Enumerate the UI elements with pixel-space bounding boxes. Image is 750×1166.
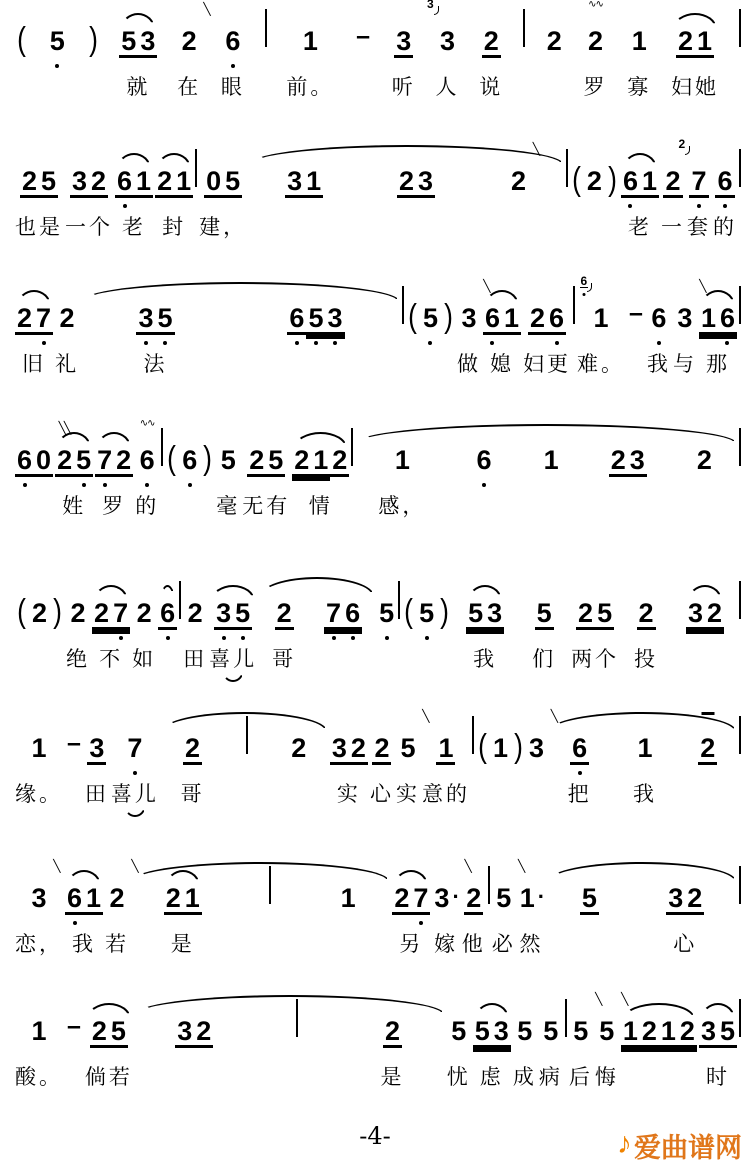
- note-figure: 32: [666, 868, 704, 928]
- note-figure: 3╲: [29, 868, 48, 928]
- note-figure: 1·: [518, 868, 545, 928]
- note-figure: 2: [30, 583, 49, 643]
- note-token: 27另: [392, 868, 430, 960]
- note-token: 25无有: [242, 430, 290, 522]
- note-figure: 72: [689, 151, 708, 211]
- note-figure: 2╲: [509, 151, 528, 211]
- falling-tone-mark: ╲: [533, 142, 538, 156]
- lyric: 建，: [199, 215, 247, 243]
- barline: [296, 1001, 298, 1093]
- note-token: 35时: [699, 1001, 737, 1093]
- lyric: 我: [633, 782, 657, 810]
- note-token: 53我: [466, 583, 504, 675]
- note-figure: 53: [473, 1001, 511, 1061]
- barline: [161, 430, 163, 522]
- lyric: 意的: [422, 782, 470, 810]
- note-figure: 32: [686, 583, 724, 643]
- note-figure: 1: [301, 11, 320, 71]
- lyric: 绝: [66, 647, 90, 675]
- site-logo[interactable]: ♪ 爱曲谱网: [617, 1126, 742, 1165]
- note-token: 5╲实: [396, 718, 420, 810]
- note-figure: 1: [635, 718, 654, 778]
- parenthesis: (: [15, 11, 28, 103]
- note-figure: 5: [541, 1001, 560, 1061]
- barline: [195, 151, 197, 243]
- note-token: 6∿∿的: [135, 430, 159, 522]
- note-token: 3╲做: [457, 288, 481, 380]
- beam-group: 322是: [134, 1001, 446, 1093]
- note-token: 26妇更: [523, 288, 571, 380]
- note-token: 27旧: [15, 288, 53, 380]
- note-token: 5╲悔: [595, 1001, 619, 1093]
- note-figure: 5╲: [398, 718, 417, 778]
- note-token: 25姓: [55, 430, 93, 522]
- note-token: 2投: [634, 583, 658, 675]
- note-token: 1意的: [422, 718, 470, 810]
- note-figure: (: [406, 288, 419, 348]
- note-figure: 2: [464, 868, 483, 928]
- note-token: 2╲若: [105, 868, 129, 960]
- note-figure: 3╲: [459, 288, 478, 348]
- note-figure: 5: [515, 1001, 534, 1061]
- parenthesis: (: [165, 430, 178, 522]
- lyric: 不: [99, 647, 123, 675]
- note-token: 3听: [392, 11, 416, 103]
- note-figure: 6: [474, 430, 493, 490]
- note-figure: 5: [580, 868, 599, 928]
- lyric: 们: [532, 647, 556, 675]
- falling-tone-mark: ╲: [203, 2, 208, 16]
- notation-line-3: 27旧2礼35法653(5)3╲做61媳26妇更16难。–6我3╲与16那: [14, 288, 742, 380]
- logo-text: 爱曲谱网: [634, 1126, 742, 1165]
- note-figure: 76: [324, 583, 362, 643]
- barline: [398, 583, 400, 675]
- barline: [566, 151, 568, 243]
- note-figure: 61: [115, 151, 153, 211]
- note-token: 32: [686, 583, 724, 675]
- note-figure: 23: [397, 151, 435, 211]
- note-figure: 5: [449, 1001, 468, 1061]
- note-token: 1: [542, 430, 561, 522]
- lyric: 投: [634, 647, 658, 675]
- note-token: 2∿∿罗: [584, 11, 608, 103]
- note-figure: –: [65, 1001, 83, 1061]
- note-figure: 72: [95, 430, 133, 490]
- note-token: 5: [377, 583, 396, 675]
- note-figure: 25: [247, 430, 285, 490]
- parenthesis: ): [87, 11, 100, 103]
- note-token: 2: [30, 583, 49, 675]
- note-figure: [488, 868, 490, 928]
- grace-note: 2: [677, 138, 686, 150]
- note-figure: 6: [158, 583, 177, 643]
- note-figure: 5: [417, 583, 436, 643]
- parenthesis: ): [442, 288, 455, 380]
- note-token: 1·然: [518, 868, 545, 960]
- note-figure: [269, 868, 271, 928]
- note-figure: 32: [70, 151, 108, 211]
- note-figure: 31: [285, 151, 323, 211]
- note-figure: 6: [180, 430, 199, 490]
- beam-group: 6把1我2: [547, 718, 738, 810]
- mordent-ornament: ∿∿: [140, 418, 155, 429]
- note-figure: 6∿∿: [138, 430, 157, 490]
- lyric: 妇更: [523, 352, 571, 380]
- note-figure: [739, 430, 741, 490]
- note-token: 6眼: [221, 11, 245, 103]
- note-token: 5们: [532, 583, 556, 675]
- note-figure: 2╲: [108, 868, 127, 928]
- note-token: 2╲在: [177, 11, 201, 103]
- note-figure: [739, 151, 741, 211]
- note-figure: 2: [186, 583, 205, 643]
- lyric: 也是: [15, 215, 63, 243]
- lyric: 听: [392, 75, 416, 103]
- barline: [739, 583, 741, 675]
- note-token: 212情: [292, 430, 349, 522]
- parenthesis: (: [402, 583, 415, 675]
- lyric: 田: [85, 782, 109, 810]
- note-figure: 212: [292, 430, 349, 490]
- note-figure: 1: [29, 1001, 48, 1061]
- note-token: 23: [397, 151, 435, 243]
- note-token: 2: [695, 430, 714, 522]
- parenthesis: ): [201, 430, 214, 522]
- duration-dash: –: [65, 1001, 83, 1093]
- note-token: 5成: [513, 1001, 537, 1093]
- parenthesis: (: [476, 718, 489, 810]
- note-token: 35喜儿: [209, 583, 257, 682]
- lyric: 悔: [595, 1065, 619, 1093]
- note-figure: [739, 288, 741, 348]
- lyric: 心: [673, 932, 697, 960]
- lyric: 虑: [480, 1065, 504, 1093]
- note-token: 6的: [713, 151, 737, 243]
- beam-group: 2投32: [620, 583, 738, 675]
- lyric: 后: [569, 1065, 593, 1093]
- lyric: 两个: [571, 647, 619, 675]
- note-token: 05建，: [199, 151, 247, 243]
- lyric: 毫: [216, 494, 240, 522]
- note-token: 60╲╲: [15, 430, 53, 522]
- note-figure: 5╲: [494, 868, 513, 928]
- note-token: 5忧: [447, 1001, 471, 1093]
- note-token: 25倘若: [85, 1001, 133, 1093]
- note-figure: 6: [570, 718, 589, 778]
- note-token: 653: [287, 288, 344, 380]
- note-figure: ): [442, 288, 455, 348]
- note-figure: 5: [535, 583, 554, 643]
- note-figure: 16: [592, 288, 611, 348]
- note-figure: 2: [545, 11, 564, 71]
- note-figure: [402, 288, 404, 348]
- note-token: 61我: [65, 868, 103, 960]
- notation-line-6: 1缘。–3田7喜儿2哥232实2心5╲实1意的(1)3╲6把1我2: [14, 718, 742, 817]
- duration-dash: –: [65, 718, 83, 810]
- lyric: 在: [177, 75, 201, 103]
- lyric: 我: [647, 352, 671, 380]
- note-figure: 1: [393, 430, 412, 490]
- barline: [402, 288, 404, 380]
- note-token: 6: [158, 583, 177, 675]
- note-token: 1212: [621, 1001, 697, 1093]
- note-token: 5: [417, 583, 436, 675]
- note-figure: 25: [576, 583, 614, 643]
- note-token: 5毫: [216, 430, 240, 522]
- note-figure: ): [606, 151, 619, 211]
- note-figure: [246, 718, 248, 778]
- lyric: 他: [462, 932, 486, 960]
- sheet-music-page: (5)53就2╲在6眼1前。–3听33人2说22∿∿罗1寡21妇她25也是32一…: [0, 0, 750, 1166]
- note-figure: 3: [87, 718, 106, 778]
- note-token: 3╲与: [673, 288, 697, 380]
- note-figure: [739, 11, 741, 71]
- note-figure: 25: [20, 151, 58, 211]
- note-figure: 653: [287, 288, 344, 348]
- note-token: 33人: [436, 11, 460, 103]
- lyric: 就: [126, 75, 150, 103]
- lyric: 与: [673, 352, 697, 380]
- note-figure: ): [87, 11, 100, 71]
- note-figure: 5╲: [597, 1001, 616, 1061]
- beam-group: 1感，61232: [354, 430, 738, 522]
- note-figure: 33: [438, 11, 457, 71]
- note-token: 61老: [115, 151, 153, 243]
- note-figure: 61: [483, 288, 521, 348]
- lyric: 前。: [286, 75, 334, 103]
- note-token: 2: [289, 718, 308, 810]
- note-token: 61老: [621, 151, 659, 243]
- note-token: 32: [175, 1001, 213, 1093]
- lyric: 病: [539, 1065, 563, 1093]
- note-token: 2: [545, 11, 564, 103]
- note-token: 32心: [666, 868, 704, 960]
- note-figure: 35: [214, 583, 252, 643]
- duration-dash: –: [627, 288, 645, 380]
- note-figure: [523, 11, 525, 71]
- lyric: 罗: [102, 494, 126, 522]
- note-figure: (: [402, 583, 415, 643]
- lyric: 缘。: [15, 782, 63, 810]
- note-token: 1寡: [627, 11, 651, 103]
- note-figure: 2: [698, 718, 717, 778]
- note-token: 3·╲嫁: [432, 868, 459, 960]
- note-token: 1我: [633, 718, 657, 810]
- note-token: 1酸。: [15, 1001, 63, 1093]
- lyric: 礼: [55, 352, 79, 380]
- lyric: 实: [337, 782, 361, 810]
- lyric: 法: [144, 352, 168, 380]
- note-figure: 2: [69, 583, 88, 643]
- barline: [269, 868, 271, 960]
- note-figure: (: [570, 151, 583, 211]
- lyric: 另: [399, 932, 423, 960]
- mordent-ornament: ∿∿: [588, 0, 603, 10]
- note-figure: 25: [55, 430, 93, 490]
- lyric: 我: [72, 932, 96, 960]
- lyric: 妇她: [671, 75, 719, 103]
- note-figure: 16: [699, 288, 737, 348]
- note-token: 72罗: [95, 430, 133, 522]
- note-token: 53就: [119, 11, 157, 103]
- note-figure: [398, 583, 400, 643]
- lyric: 旧: [22, 352, 46, 380]
- lyric: 喜儿: [111, 782, 159, 817]
- note-token: 6: [180, 430, 199, 522]
- note-token: 25两个: [571, 583, 619, 675]
- note-token: 2一: [661, 151, 685, 243]
- beam-group: 2哥2: [160, 718, 329, 810]
- parenthesis: (: [570, 151, 583, 243]
- note-figure: 1: [491, 718, 510, 778]
- note-figure: 61: [621, 151, 659, 211]
- note-token: 21妇她: [671, 11, 719, 103]
- lyric: 感，: [378, 494, 426, 522]
- lyric: 心: [370, 782, 394, 810]
- barline: [739, 288, 741, 380]
- lyric: 实: [396, 782, 420, 810]
- note-figure: 21: [676, 11, 714, 71]
- note-figure: 23: [609, 430, 647, 490]
- parenthesis: ): [606, 151, 619, 243]
- barline: [179, 583, 181, 675]
- barline: [265, 11, 267, 103]
- note-token: 61媳: [483, 288, 521, 380]
- note-figure: –: [354, 11, 372, 71]
- note-token: 32实: [330, 718, 368, 810]
- note-figure: 2: [135, 583, 154, 643]
- note-figure: 1: [630, 11, 649, 71]
- note-token: 72套: [687, 151, 711, 243]
- lyric: 姓: [62, 494, 86, 522]
- note-figure: ): [512, 718, 525, 778]
- note-figure: [179, 583, 181, 643]
- beam-group: 21是1: [130, 868, 391, 960]
- lyric: 封: [162, 215, 186, 243]
- notation-line-5: (2)2绝27不2如62田35喜儿2哥765(5)53我5们25两个2投32: [14, 583, 742, 682]
- note-token: 76: [324, 583, 362, 675]
- note-token: 2绝: [66, 583, 90, 675]
- note-figure: [161, 430, 163, 490]
- note-figure: 5: [48, 11, 67, 71]
- note-token: 1感，: [378, 430, 426, 522]
- note-token: 35法: [136, 288, 174, 380]
- lyric: 一个: [65, 215, 113, 243]
- beam-group: 31232╲: [248, 151, 565, 243]
- lyric: 的: [713, 215, 737, 243]
- lyric: 哥: [272, 647, 296, 675]
- lyric: 如: [132, 647, 156, 675]
- note-token: 2礼: [55, 288, 79, 380]
- barline: [472, 718, 474, 810]
- note-figure: 1: [29, 718, 48, 778]
- note-figure: [739, 583, 741, 643]
- note-token: 1: [339, 868, 358, 960]
- lyric: 的: [135, 494, 159, 522]
- note-token: 5: [48, 11, 67, 103]
- notation-line-2: 25也是32一个61老21封05建，31232╲(2)61老2一72套6的: [14, 151, 742, 243]
- note-figure: 35: [699, 1001, 737, 1061]
- duration-dash: –: [354, 11, 372, 103]
- note-figure: 2: [275, 583, 294, 643]
- note-token: 2哥: [181, 718, 205, 810]
- barline: [739, 1001, 741, 1093]
- note-figure: 32: [175, 1001, 213, 1061]
- note-token: 3╲恋，: [15, 868, 63, 960]
- lyric: 喜儿: [209, 647, 257, 682]
- parenthesis: ): [438, 583, 451, 675]
- note-figure: 2: [637, 583, 656, 643]
- note-figure: 2: [585, 151, 604, 211]
- lyric: 嫁: [434, 932, 458, 960]
- lyric: 是: [380, 1065, 404, 1093]
- lyric: 若: [105, 932, 129, 960]
- note-figure: [739, 868, 741, 928]
- note-figure: ): [201, 430, 214, 490]
- notation-line-1: (5)53就2╲在6眼1前。–3听33人2说22∿∿罗1寡21妇她: [14, 11, 742, 103]
- note-figure: 2: [383, 1001, 402, 1061]
- note-figure: 5: [377, 583, 396, 643]
- barline: [246, 718, 248, 810]
- barline: [739, 718, 741, 810]
- barline: [565, 1001, 567, 1093]
- note-token: 32一个: [65, 151, 113, 243]
- parenthesis: (: [406, 288, 419, 380]
- note-token: 1前。: [286, 11, 334, 103]
- note-token: 5病: [539, 1001, 563, 1093]
- note-figure: ): [438, 583, 451, 643]
- lyric: 套: [687, 215, 711, 243]
- note-figure: 1212: [621, 1001, 697, 1061]
- note-figure: 2∿∿: [586, 11, 605, 71]
- note-token: 2是: [380, 1001, 404, 1093]
- note-figure: (: [476, 718, 489, 778]
- note-figure: 27: [15, 288, 53, 348]
- note-figure: 21: [155, 151, 193, 211]
- grace-note: 3: [426, 0, 435, 10]
- lyric: 酸。: [15, 1065, 63, 1093]
- lyric: 然: [519, 932, 543, 960]
- note-figure: 2: [695, 430, 714, 490]
- note-token: 5: [421, 288, 440, 380]
- note-figure: 35: [136, 288, 174, 348]
- note-token: 6把: [568, 718, 592, 810]
- note-figure: 3: [394, 11, 413, 71]
- lyric: 老: [122, 215, 146, 243]
- lyric: 忧: [447, 1065, 471, 1093]
- parenthesis: ): [51, 583, 64, 675]
- note-figure: [573, 288, 575, 348]
- note-token: 2: [585, 151, 604, 243]
- note-token: 16那: [699, 288, 737, 380]
- lyric: 无有: [242, 494, 290, 522]
- lyric: 媳: [490, 352, 514, 380]
- note-figure: 1: [436, 718, 455, 778]
- note-token: 6: [474, 430, 493, 522]
- notation-line-8: 1酸。–25倘若322是5忧53虑5成5病5╲后5╲悔121235时: [14, 1001, 742, 1093]
- note-figure: (: [15, 583, 28, 643]
- grace-note: 6: [580, 275, 589, 288]
- note-figure: 2: [183, 718, 202, 778]
- note-token: 2: [698, 718, 717, 810]
- note-figure: 6: [715, 151, 734, 211]
- note-figure: [472, 718, 474, 778]
- note-figure: 1: [339, 868, 358, 928]
- note-token: 53虑: [473, 1001, 511, 1093]
- note-figure: [565, 1001, 567, 1061]
- note-figure: 2: [372, 718, 391, 778]
- notation-line-4: 60╲╲25姓72罗6∿∿的(6)5毫25无有212情1感，61232: [14, 430, 742, 522]
